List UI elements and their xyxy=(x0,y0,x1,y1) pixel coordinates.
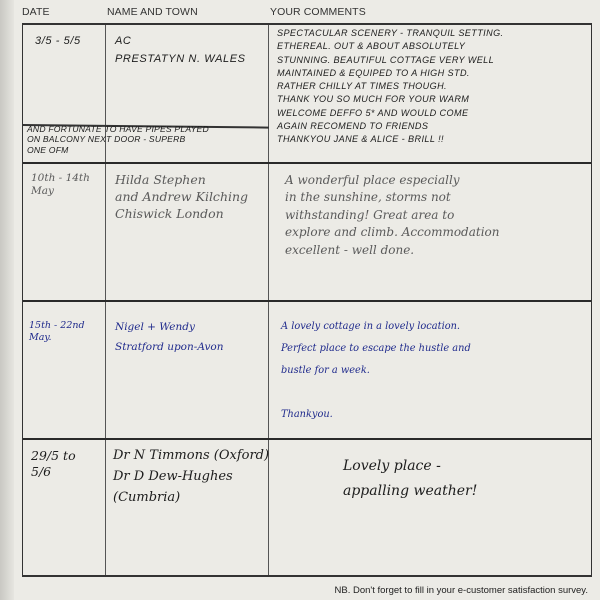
entry-name-town: Hilda Stephen and Andrew Kilching Chiswi… xyxy=(115,172,248,223)
entry-note: AND FORTUNATE TO HAVE PIPES PLAYED ON BA… xyxy=(27,124,209,155)
entry-date: 29/5 to 5/6 xyxy=(31,448,76,479)
entry-comment: Lovely place - appalling weather! xyxy=(343,454,477,503)
entry-comment: A wonderful place especially in the suns… xyxy=(285,172,500,259)
header-date: DATE xyxy=(22,6,50,18)
header-name-and-town: NAME AND TOWN xyxy=(107,6,198,18)
guestbook-entry: 15th - 22nd May. Nigel + Wendy Stratford… xyxy=(23,302,591,438)
entry-date: 10th - 14th May xyxy=(31,172,90,198)
guestbook-entry: 29/5 to 5/6 Dr N Timmons (Oxford) Dr D D… xyxy=(23,440,591,577)
scan-page-edge xyxy=(0,0,14,600)
header-your-comments: YOUR COMMENTS xyxy=(270,6,366,18)
survey-reminder-footer: NB. Don't forget to fill in your e-custo… xyxy=(335,585,589,596)
entry-comment: SPECTACULAR SCENERY - TRANQUIL SETTING. … xyxy=(277,27,503,146)
guestbook-entry: 10th - 14th May Hilda Stephen and Andrew… xyxy=(23,164,591,300)
guestbook-table: 3/5 - 5/5 AC PRESTATYN N. WALES AND FORT… xyxy=(22,23,592,577)
entry-name-town: Nigel + Wendy Stratford upon-Avon xyxy=(115,318,224,358)
entry-comment: A lovely cottage in a lovely location. P… xyxy=(281,316,471,426)
entry-date: 3/5 - 5/5 xyxy=(35,35,81,49)
entry-date: 15th - 22nd May. xyxy=(29,320,85,344)
entry-name-town: AC PRESTATYN N. WALES xyxy=(115,33,246,68)
guestbook-entry: 3/5 - 5/5 AC PRESTATYN N. WALES AND FORT… xyxy=(23,25,591,162)
entry-name-town: Dr N Timmons (Oxford) Dr D Dew-Hughes (C… xyxy=(113,446,269,508)
